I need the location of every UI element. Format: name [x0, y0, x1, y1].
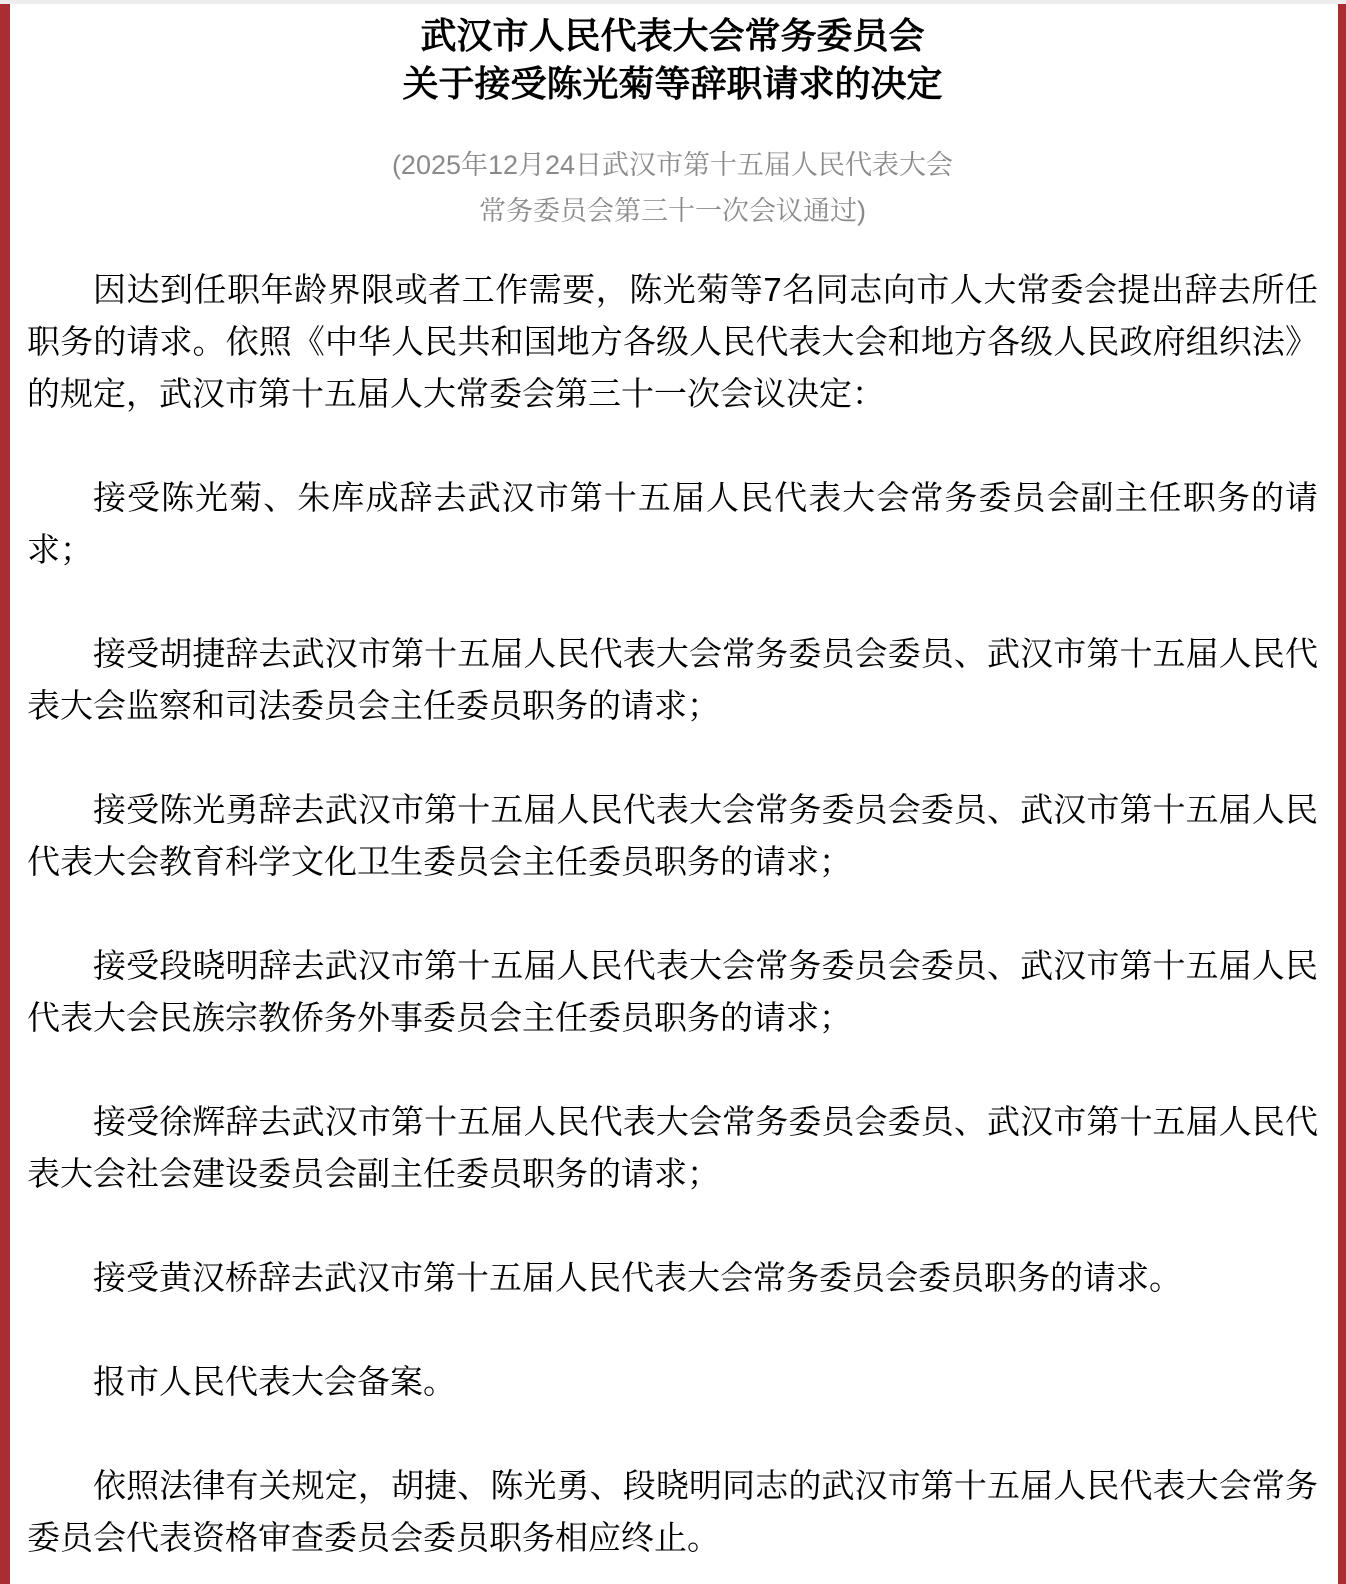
title-line-2: 关于接受陈光菊等辞职请求的决定 — [27, 60, 1318, 108]
title-line-1: 武汉市人民代表大会常务委员会 — [27, 12, 1318, 60]
paragraph-resignation-4: 接受段晓明辞去武汉市第十五届人民代表大会常务委员会委员、武汉市第十五届人民代表大… — [27, 940, 1318, 1044]
right-red-border — [1338, 4, 1346, 1584]
document-title: 武汉市人民代表大会常务委员会 关于接受陈光菊等辞职请求的决定 — [27, 12, 1318, 108]
paragraph-resignation-2: 接受胡捷辞去武汉市第十五届人民代表大会常务委员会委员、武汉市第十五届人民代表大会… — [27, 628, 1318, 732]
paragraph-resignation-3: 接受陈光勇辞去武汉市第十五届人民代表大会常务委员会委员、武汉市第十五届人民代表大… — [27, 784, 1318, 888]
paragraph-intro: 因达到任职年龄界限或者工作需要，陈光菊等7名同志向市人大常委会提出辞去所任职务的… — [27, 264, 1318, 420]
document-page: 武汉市人民代表大会常务委员会 关于接受陈光菊等辞职请求的决定 (2025年12月… — [0, 0, 1346, 1584]
left-red-border — [0, 4, 10, 1584]
subtitle-line-2: 常务委员会第三十一次会议通过) — [27, 188, 1318, 234]
document-body: 因达到任职年龄界限或者工作需要，陈光菊等7名同志向市人大常委会提出辞去所任职务的… — [27, 264, 1318, 1564]
document-content: 武汉市人民代表大会常务委员会 关于接受陈光菊等辞职请求的决定 (2025年12月… — [27, 4, 1318, 1564]
paragraph-resignation-6: 接受黄汉桥辞去武汉市第十五届人民代表大会常务委员会委员职务的请求。 — [27, 1252, 1318, 1304]
paragraph-termination: 依照法律有关规定，胡捷、陈光勇、段晓明同志的武汉市第十五届人民代表大会常务委员会… — [27, 1460, 1318, 1564]
document-subtitle: (2025年12月24日武汉市第十五届人民代表大会 常务委员会第三十一次会议通过… — [27, 142, 1318, 234]
paragraph-resignation-1: 接受陈光菊、朱库成辞去武汉市第十五届人民代表大会常务委员会副主任职务的请求； — [27, 472, 1318, 576]
paragraph-resignation-5: 接受徐辉辞去武汉市第十五届人民代表大会常务委员会委员、武汉市第十五届人民代表大会… — [27, 1096, 1318, 1200]
subtitle-line-1: (2025年12月24日武汉市第十五届人民代表大会 — [27, 142, 1318, 188]
paragraph-filing: 报市人民代表大会备案。 — [27, 1356, 1318, 1408]
